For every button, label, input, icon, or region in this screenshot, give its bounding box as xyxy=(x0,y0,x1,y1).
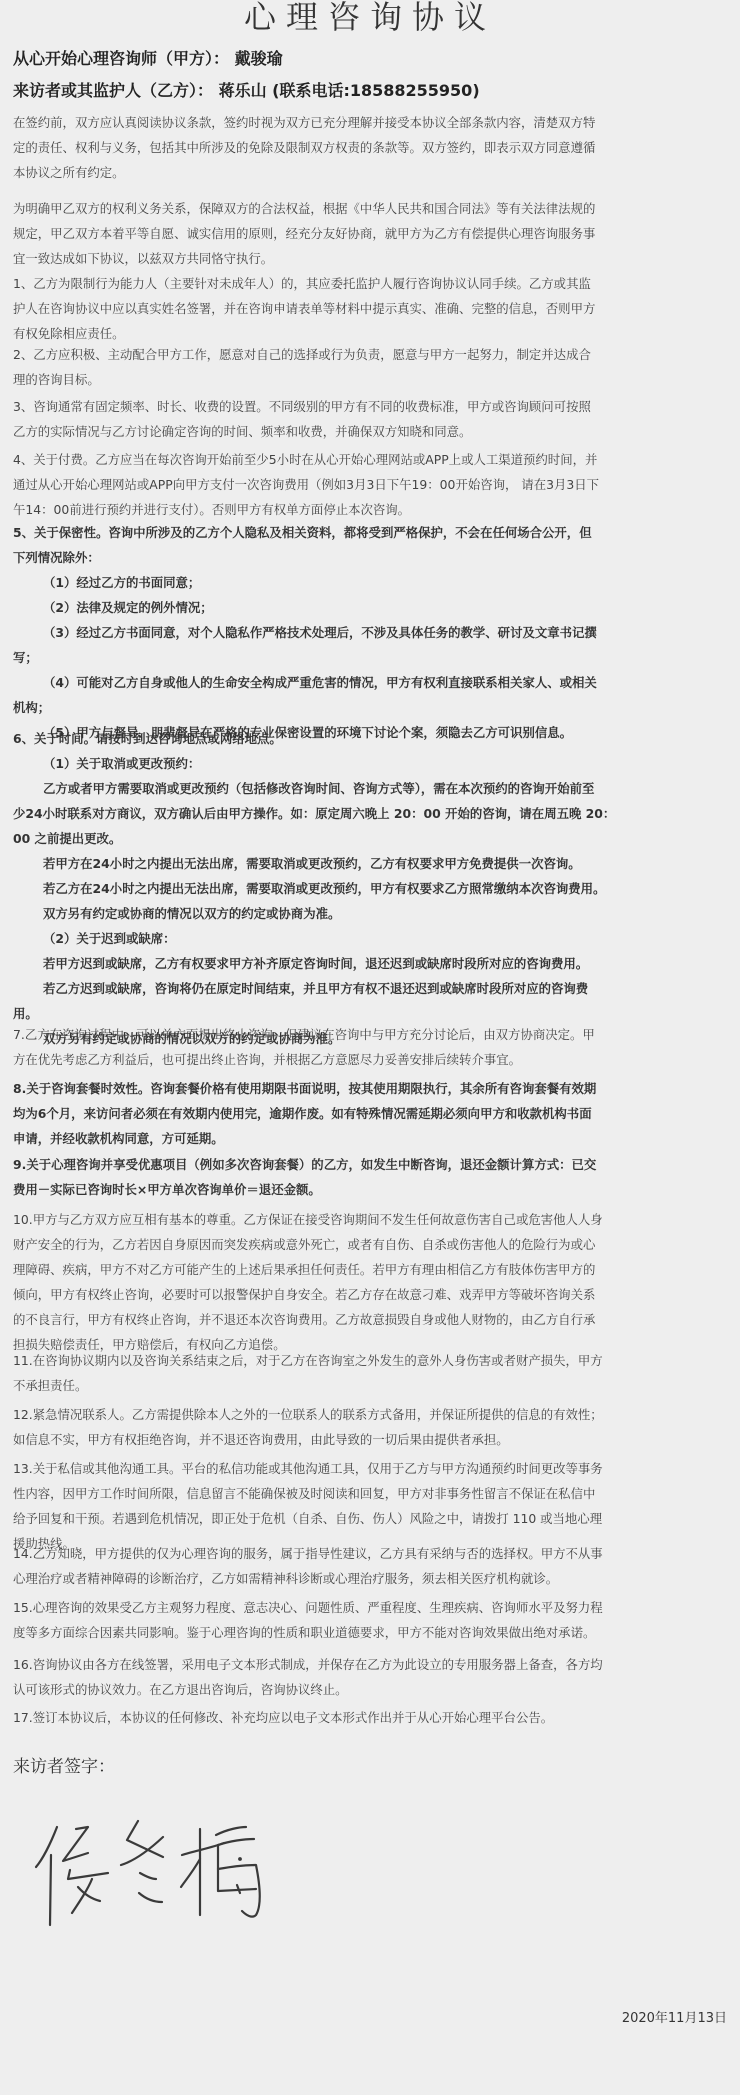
text-line: 度等多方面综合因素共同影响。鉴于心理咨询的性质和职业道德要求，甲方不能对咨询效果… xyxy=(13,1620,729,1645)
text-line: 规定，甲乙双方本着平等自愿、诚实信用的原则，经充分友好协商，就甲方为乙方有偿提供… xyxy=(13,221,729,246)
text-line: 财产安全的行为，乙方若因自身原因而突发疾病或意外死亡，或者有自伤、自杀或伤害他人… xyxy=(13,1232,729,1257)
list-item-continuation: 写； xyxy=(13,645,729,670)
list-item-continuation: 机构； xyxy=(13,695,729,720)
rule-line: 若甲方迟到或缺席，乙方有权要求甲方补齐原定咨询时间，退还迟到或缺席时段所对应的咨… xyxy=(13,951,729,976)
clause-15: 15.心理咨询的效果受乙方主观努力程度、意志决心、问题性质、严重程度、生理疾病、… xyxy=(13,1595,729,1645)
text-line: 午14：00前进行预约并进行支付）。否则甲方有权单方面停止本次咨询。 xyxy=(13,497,729,522)
rule-line: 双方另有约定或协商的情况以双方的约定或协商为准。 xyxy=(13,901,729,926)
intro-paragraph: 在签约前，双方应认真阅读协议条款，签约时视为双方已充分理解并接受本协议全部条款内… xyxy=(13,110,729,185)
text-line: 定的责任、权利与义务，包括其中所涉及的免除及限制双方权责的条款等。双方签约，即表… xyxy=(13,135,729,160)
text-line: 8.关于咨询套餐时效性。咨询套餐价格有使用期限书面说明，按其使用期限执行，其余所… xyxy=(13,1076,729,1101)
text-line: 15.心理咨询的效果受乙方主观努力程度、意志决心、问题性质、严重程度、生理疾病、… xyxy=(13,1595,729,1620)
rule-line: 若甲方在24小时之内提出无法出席，需要取消或更改预约，乙方有权要求甲方免费提供一… xyxy=(13,851,729,876)
clause-16: 16.咨询协议由各方在线签署，采用电子文本形式制成，并保存在乙方为此设立的专用服… xyxy=(13,1652,729,1702)
text-line: 如信息不实，甲方有权拒绝咨询，并不退还咨询费用，由此导致的一切后果由提供者承担。 xyxy=(13,1427,729,1452)
text-line: 4、关于付费。乙方应当在每次咨询开始前至少5小时在从心开始心理网站或APP上或人… xyxy=(13,447,729,472)
text-line: 心理治疗或者精神障碍的诊断治疗，乙方如需精神科诊断或心理治疗服务，须去相关医疗机… xyxy=(13,1566,729,1591)
text-line: 16.咨询协议由各方在线签署，采用电子文本形式制成，并保存在乙方为此设立的专用服… xyxy=(13,1652,729,1677)
text-line: 下列情况除外： xyxy=(13,545,729,570)
clause-7: 7.乙方在咨询过程中，可以单方面提出终止咨询。但建议在咨询中与甲方充分讨论后，由… xyxy=(13,1022,729,1072)
text-line: 不承担责任。 xyxy=(13,1373,729,1398)
signature-date: 2020年11月13日 xyxy=(622,2007,727,2026)
text-line: 00 之前提出更改。 xyxy=(13,826,729,851)
text-line: 14.乙方知晓，甲方提供的仅为心理咨询的服务，属于指导性建议，乙方具有采纳与否的… xyxy=(13,1541,729,1566)
text-line: 理障碍、疾病，甲方不对乙方可能产生的上述后果承担任何责任。若甲方有理由相信乙方有… xyxy=(13,1257,729,1282)
clause-2: 2、乙方应积极、主动配合甲方工作，愿意对自己的选择或行为负责，愿意与甲方一起努力… xyxy=(13,342,729,392)
clause-10: 10.甲方与乙方双方应互相有基本的尊重。乙方保证在接受咨询期间不发生任何故意伤害… xyxy=(13,1207,729,1357)
text-line: 宜一致达成如下协议，以兹双方共同恪守执行。 xyxy=(13,246,729,271)
clause-8: 8.关于咨询套餐时效性。咨询套餐价格有使用期限书面说明，按其使用期限执行，其余所… xyxy=(13,1076,729,1151)
text-line: 通过从心开始心理网站或APP向甲方支付一次咨询费用（例如3月3日下午19：00开… xyxy=(13,472,729,497)
list-item: （2）法律及规定的例外情况； xyxy=(13,595,729,620)
sub-heading: （2）关于迟到或缺席： xyxy=(13,926,729,951)
agreement-document: 心理咨询协议 从心开始心理咨询师（甲方）： 戴骏瑜 来访者或其监护人（乙方）： … xyxy=(0,0,740,2095)
text-line: 7.乙方在咨询过程中，可以单方面提出终止咨询。但建议在咨询中与甲方充分讨论后，由… xyxy=(13,1022,729,1047)
clause-17: 17.签订本协议后，本协议的任何修改、补充均应以电子文本形式作出并于从心开始心理… xyxy=(13,1705,729,1730)
party-b-line: 来访者或其监护人（乙方）： 蒋乐山 (联系电话:18588255950) xyxy=(13,80,480,102)
handwritten-signature xyxy=(30,1815,370,1935)
text-line: 12.紧急情况联系人。乙方需提供除本人之外的一位联系人的联系方式备用，并保证所提… xyxy=(13,1402,729,1427)
text-line: 17.签订本协议后，本协议的任何修改、补充均应以电子文本形式作出并于从心开始心理… xyxy=(13,1705,729,1730)
clause-heading: 6、关于时间。请按时到达咨询地点或网络地点。 xyxy=(13,726,729,751)
clause-14: 14.乙方知晓，甲方提供的仅为心理咨询的服务，属于指导性建议，乙方具有采纳与否的… xyxy=(13,1541,729,1591)
clause-9: 9.关于心理咨询并享受优惠项目（例如多次咨询套餐）的乙方，如发生中断咨询，退还金… xyxy=(13,1152,729,1202)
text-line: 为明确甲乙双方的权利义务关系，保障双方的合法权益，根据《中华人民共和国合同法》等… xyxy=(13,196,729,221)
text-line: 13.关于私信或其他沟通工具。平台的私信功能或其他沟通工具，仅用于乙方与甲方沟通… xyxy=(13,1456,729,1481)
text-line: 均为6个月，来访问者必须在有效期内使用完，逾期作废。如有特殊情况需延期必须向甲方… xyxy=(13,1101,729,1126)
text-line: 1、乙方为限制行为能力人（主要针对未成年人）的，其应委托监护人履行咨询协议认同手… xyxy=(13,271,729,296)
text-line: 方在优先考虑乙方利益后，也可提出终止咨询，并根据乙方意愿尽力妥善安排后续转介事宜… xyxy=(13,1047,729,1072)
rule-line: 若乙方迟到或缺席，咨询将仍在原定时间结束，并且甲方有权不退还迟到或缺席时段所对应… xyxy=(13,976,729,1001)
clause-6: 6、关于时间。请按时到达咨询地点或网络地点。 （1）关于取消或更改预约： 乙方或… xyxy=(13,726,729,1051)
text-line: 费用－实际已咨询时长×甲方单次咨询单价＝退还金额。 xyxy=(13,1177,729,1202)
text-line: 给予回复和干预。若遇到危机情况，即正处于危机（自杀、自伤、伤人）风险之中，请拨打… xyxy=(13,1506,729,1531)
rule-line: 若乙方在24小时之内提出无法出席，需要取消或更改预约，甲方有权要求乙方照常缴纳本… xyxy=(13,876,729,901)
clause-4: 4、关于付费。乙方应当在每次咨询开始前至少5小时在从心开始心理网站或APP上或人… xyxy=(13,447,729,522)
list-item: （1）经过乙方的书面同意； xyxy=(13,570,729,595)
text-line: 少24小时联系对方商议，双方确认后由甲方操作。如：原定周六晚上 20：00 开始… xyxy=(13,801,729,826)
party-a-line: 从心开始心理咨询师（甲方）： 戴骏瑜 xyxy=(13,48,283,70)
text-line: 护人在咨询协议中应以真实姓名签署，并在咨询申请表单等材料中提示真实、准确、完整的… xyxy=(13,296,729,321)
text-line: 本协议之所有约定。 xyxy=(13,160,729,185)
clause-1: 1、乙方为限制行为能力人（主要针对未成年人）的，其应委托监护人履行咨询协议认同手… xyxy=(13,271,729,346)
text-line: 在签约前，双方应认真阅读协议条款，签约时视为双方已充分理解并接受本协议全部条款内… xyxy=(13,110,729,135)
text-line: 11.在咨询协议期内以及咨询关系结束之后，对于乙方在咨询室之外发生的意外人身伤害… xyxy=(13,1348,729,1373)
text-line: 倾向，甲方有权终止咨询，必要时可以报警保护自身安全。若乙方存在故意刁难、戏弄甲方… xyxy=(13,1282,729,1307)
text-line: 的不良言行，甲方有权终止咨询，并不退还本次咨询费用。乙方故意损毁自身或他人财物的… xyxy=(13,1307,729,1332)
clause-11: 11.在咨询协议期内以及咨询关系结束之后，对于乙方在咨询室之外发生的意外人身伤害… xyxy=(13,1348,729,1398)
list-item: （4）可能对乙方自身或他人的生命安全构成严重危害的情况，甲方有权利直接联系相关家… xyxy=(13,670,729,695)
text-line: 乙方的实际情况与乙方讨论确定咨询的时间、频率和收费，并确保双方知晓和同意。 xyxy=(13,419,729,444)
clause-5: 5、关于保密性。咨询中所涉及的乙方个人隐私及相关资料，都将受到严格保护，不会在任… xyxy=(13,520,729,745)
text-line: 理的咨询目标。 xyxy=(13,367,729,392)
text-line: 认可该形式的协议效力。在乙方退出咨询后，咨询协议终止。 xyxy=(13,1677,729,1702)
text-line: 性内容，因甲方工作时间所限，信息留言不能确保被及时阅读和回复，甲方对非事务性留言… xyxy=(13,1481,729,1506)
clause-12: 12.紧急情况联系人。乙方需提供除本人之外的一位联系人的联系方式备用，并保证所提… xyxy=(13,1402,729,1452)
text-line: 申请，并经收款机构同意，方可延期。 xyxy=(13,1126,729,1151)
text-line: 3、咨询通常有固定频率、时长、收费的设置。不同级别的甲方有不同的收费标准，甲方或… xyxy=(13,394,729,419)
text-line: 乙方或者甲方需要取消或更改预约（包括修改咨询时间、咨询方式等），需在本次预约的咨… xyxy=(13,776,729,801)
page-title: 心理咨询协议 xyxy=(0,0,740,40)
text-line: 10.甲方与乙方双方应互相有基本的尊重。乙方保证在接受咨询期间不发生任何故意伤害… xyxy=(13,1207,729,1232)
text-line: 2、乙方应积极、主动配合甲方工作，愿意对自己的选择或行为负责，愿意与甲方一起努力… xyxy=(13,342,729,367)
text-line: 9.关于心理咨询并享受优惠项目（例如多次咨询套餐）的乙方，如发生中断咨询，退还金… xyxy=(13,1152,729,1177)
purpose-paragraph: 为明确甲乙双方的权利义务关系，保障双方的合法权益，根据《中华人民共和国合同法》等… xyxy=(13,196,729,271)
text-line: 5、关于保密性。咨询中所涉及的乙方个人隐私及相关资料，都将受到严格保护，不会在任… xyxy=(13,520,729,545)
list-item: （3）经过乙方书面同意，对个人隐私作严格技术处理后，不涉及具体任务的教学、研讨及… xyxy=(13,620,729,645)
clause-3: 3、咨询通常有固定频率、时长、收费的设置。不同级别的甲方有不同的收费标准，甲方或… xyxy=(13,394,729,444)
signature-label: 来访者签字： xyxy=(13,1752,115,1777)
sub-heading: （1）关于取消或更改预约： xyxy=(13,751,729,776)
